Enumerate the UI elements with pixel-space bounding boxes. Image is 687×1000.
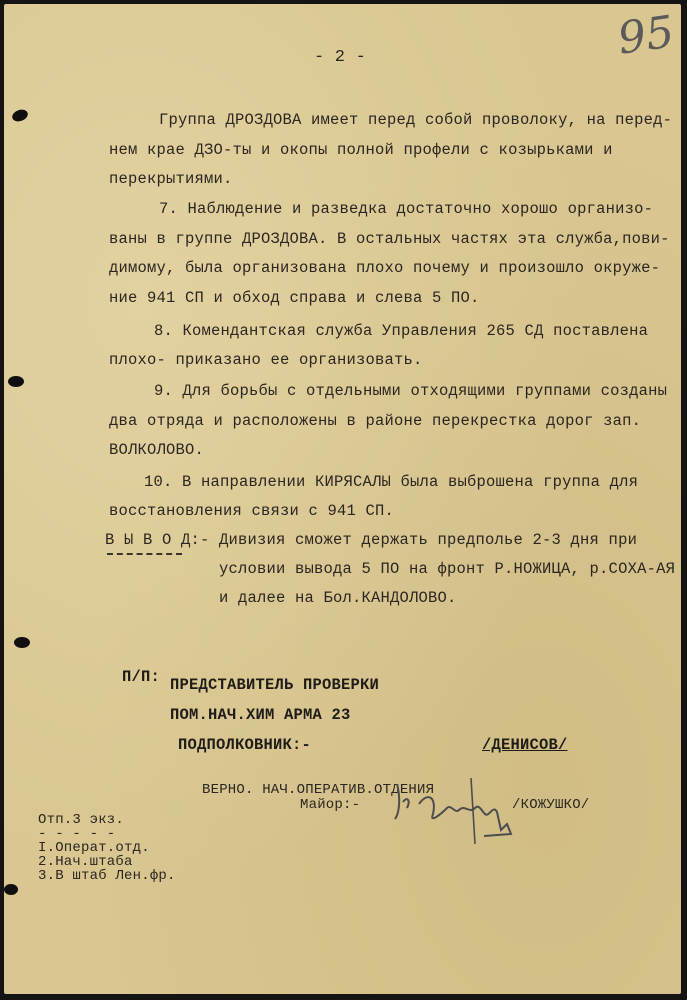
paragraph-line: нем крае ДЗО-ты и окопы полной профели с… bbox=[109, 141, 613, 159]
paragraph-8-line: 8. Комендантская служба Управления 265 С… bbox=[154, 322, 648, 340]
representative-title: ПРЕДСТАВИТЕЛЬ ПРОВЕРКИ bbox=[170, 676, 379, 694]
representative-position: ПОМ.НАЧ.ХИМ АРМА 23 bbox=[170, 706, 351, 724]
representative-rank: ПОДПОЛКОВНИК:- bbox=[178, 736, 311, 754]
conclusion-line: и далее на Бол.КАНДОЛОВО. bbox=[219, 589, 457, 607]
representative-name: /ДЕНИСОВ/ bbox=[482, 736, 568, 754]
distribution-item: 3.В штаб Лен.фр. bbox=[38, 868, 176, 884]
paragraph-9-line: ВОЛКОЛОВО. bbox=[109, 441, 204, 459]
paragraph-10-line: 10. В направлении КИРЯСАЛЫ была выброшен… bbox=[144, 473, 638, 491]
paragraph-7-line: димому, была организована плохо почему и… bbox=[109, 259, 660, 277]
paragraph-7-line: ваны в группе ДРОЗДОВА. В остальных част… bbox=[109, 230, 670, 248]
paragraph-line: Группа ДРОЗДОВА имеет перед собой провол… bbox=[159, 111, 672, 129]
paragraph-8-line: плохо- приказано ее организовать. bbox=[109, 351, 423, 369]
conclusion-underline bbox=[107, 553, 182, 555]
conclusion-line: условии вывода 5 ПО на фронт Р.НОЖИЦА, р… bbox=[219, 560, 675, 578]
verification-rank: Майор:- bbox=[300, 797, 360, 813]
paragraph-9-line: 9. Для борьбы с отдельными отходящими гр… bbox=[154, 382, 667, 400]
punch-hole bbox=[11, 108, 30, 124]
signature-prefix: П/П: bbox=[122, 668, 160, 686]
paragraph-7-line: 7. Наблюдение и разведка достаточно хоро… bbox=[159, 200, 653, 218]
punch-hole bbox=[4, 884, 18, 895]
archive-folio-number: 95 bbox=[615, 6, 678, 64]
conclusion-line: Дивизия сможет держать предполье 2-3 дня… bbox=[219, 531, 637, 549]
punch-hole bbox=[8, 376, 24, 387]
document-page: - 2 - 95 Группа ДРОЗДОВА имеет перед соб… bbox=[4, 4, 681, 994]
paragraph-10-line: восстановления связи с 941 СП. bbox=[109, 502, 394, 520]
handwritten-signature bbox=[389, 774, 539, 854]
page-number: - 2 - bbox=[314, 48, 366, 67]
paragraph-line: перекрытиями. bbox=[109, 170, 233, 188]
punch-hole bbox=[14, 637, 30, 648]
paragraph-7-line: ние 941 СП и обход справа и слева 5 ПО. bbox=[109, 289, 480, 307]
conclusion-label: В Ы В О Д:- bbox=[105, 531, 210, 549]
paragraph-9-line: два отряда и расположены в районе перекр… bbox=[109, 412, 641, 430]
